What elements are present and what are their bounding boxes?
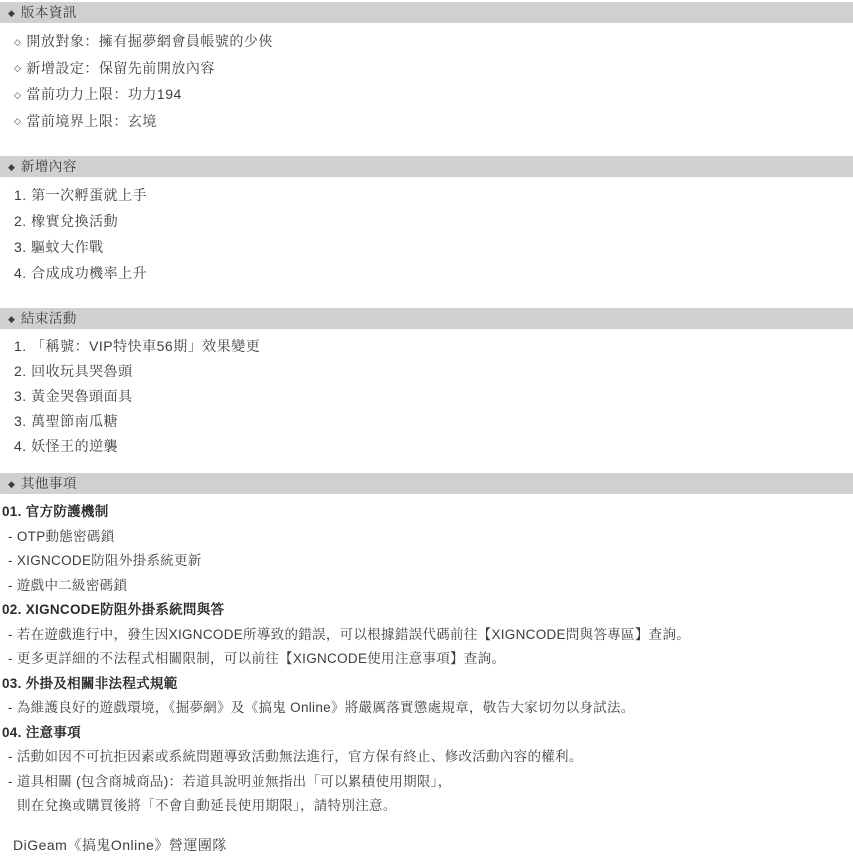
list-item: ◇當前境界上限：玄境 xyxy=(14,108,853,135)
section-title: 新增內容 xyxy=(21,159,77,174)
footer-signature: DiGeam《搞鬼Online》營運團隊 xyxy=(0,833,853,857)
filled-diamond-icon: ◆ xyxy=(8,157,15,178)
list-item-text: 當前功力上限：功力194 xyxy=(26,86,181,102)
section-header-version-info: ◆版本資訊 xyxy=(0,2,853,23)
section-title: 結束活動 xyxy=(21,311,77,326)
filled-diamond-icon: ◆ xyxy=(8,309,15,330)
hollow-diamond-icon: ◇ xyxy=(14,55,21,81)
section-body-new-content: 1. 第一次孵蛋就上手2. 橡實兌換活動3. 驅蚊大作戰4. 合成成功機率上升 xyxy=(0,177,853,286)
patch-notes-document: ◆版本資訊◇開放對象：擁有掘夢網會員帳號的少俠◇新增設定：保留先前開放內容◇當前… xyxy=(0,2,853,857)
sub-section-heading: 03. 外掛及相關非法程式規範 xyxy=(0,672,853,697)
list-item: 2. 橡實兌換活動 xyxy=(14,208,853,234)
list-item: ◇新增設定：保留先前開放內容 xyxy=(14,55,853,82)
list-item: - 為維護良好的遊戲環境，《掘夢網》及《搞鬼 Online》將嚴厲落實懲處規章，… xyxy=(0,696,853,721)
section-header-other-matters: ◆其他事項 xyxy=(0,473,853,494)
section-title: 其他事項 xyxy=(21,476,77,491)
sub-section-heading: 02. XIGNCODE防阻外掛系統問與答 xyxy=(0,598,853,623)
list-item: 4. 合成成功機率上升 xyxy=(14,260,853,286)
list-item-text: 新增設定：保留先前開放內容 xyxy=(26,60,215,76)
list-item: - 道具相關 (包含商城商品)：若道具說明並無指出「可以累積使用期限」， xyxy=(0,770,853,795)
sections-container: ◆版本資訊◇開放對象：擁有掘夢網會員帳號的少俠◇新增設定：保留先前開放內容◇當前… xyxy=(0,2,853,819)
section-body-other-matters: 01. 官方防護機制- OTP動態密碼鎖- XIGNCODE防阻外掛系統更新- … xyxy=(0,494,853,819)
list-item: - 若在遊戲進行中，發生因XIGNCODE所導致的錯誤，可以根據錯誤代碼前往【X… xyxy=(0,623,853,648)
section-body-version-info: ◇開放對象：擁有掘夢網會員帳號的少俠◇新增設定：保留先前開放內容◇當前功力上限：… xyxy=(0,23,853,134)
list-item: - 遊戲中二級密碼鎖 xyxy=(0,574,853,599)
list-item: 則在兌換或購買後將「不會自動延長使用期限」，請特別注意。 xyxy=(0,794,853,819)
hollow-diamond-icon: ◇ xyxy=(14,108,21,134)
list-item-text: 開放對象：擁有掘夢網會員帳號的少俠 xyxy=(26,33,273,49)
list-item: 1. 「稱號：VIP特快車56期」效果變更 xyxy=(14,334,853,359)
list-item: 3. 萬聖節南瓜糖 xyxy=(14,409,853,434)
list-item: ◇當前功力上限：功力194 xyxy=(14,81,853,108)
hollow-diamond-icon: ◇ xyxy=(14,29,21,55)
list-item: - 活動如因不可抗拒因素或系統問題導致活動無法進行，官方保有終止、修改活動內容的… xyxy=(0,745,853,770)
hollow-diamond-icon: ◇ xyxy=(14,82,21,108)
list-item: 2. 回收玩具哭魯頭 xyxy=(14,359,853,384)
list-item-text: 當前境界上限：玄境 xyxy=(26,113,157,129)
list-item: - OTP動態密碼鎖 xyxy=(0,525,853,550)
filled-diamond-icon: ◆ xyxy=(8,474,15,495)
sub-section-heading: 01. 官方防護機制 xyxy=(0,500,853,525)
section-body-ended-events: 1. 「稱號：VIP特快車56期」效果變更2. 回收玩具哭魯頭3. 黃金哭魯頭面… xyxy=(0,329,853,459)
list-item: 3. 黃金哭魯頭面具 xyxy=(14,384,853,409)
list-item: 3. 驅蚊大作戰 xyxy=(14,234,853,260)
list-item: 4. 妖怪王的逆襲 xyxy=(14,434,853,459)
list-item: - XIGNCODE防阻外掛系統更新 xyxy=(0,549,853,574)
section-title: 版本資訊 xyxy=(21,5,77,20)
filled-diamond-icon: ◆ xyxy=(8,3,15,24)
section-header-ended-events: ◆結束活動 xyxy=(0,308,853,329)
list-item: ◇開放對象：擁有掘夢網會員帳號的少俠 xyxy=(14,28,853,55)
list-item: - 更多更詳細的不法程式相關限制，可以前往【XIGNCODE使用注意事項】查詢。 xyxy=(0,647,853,672)
list-item: 1. 第一次孵蛋就上手 xyxy=(14,182,853,208)
section-header-new-content: ◆新增內容 xyxy=(0,156,853,177)
sub-section-heading: 04. 注意事項 xyxy=(0,721,853,746)
